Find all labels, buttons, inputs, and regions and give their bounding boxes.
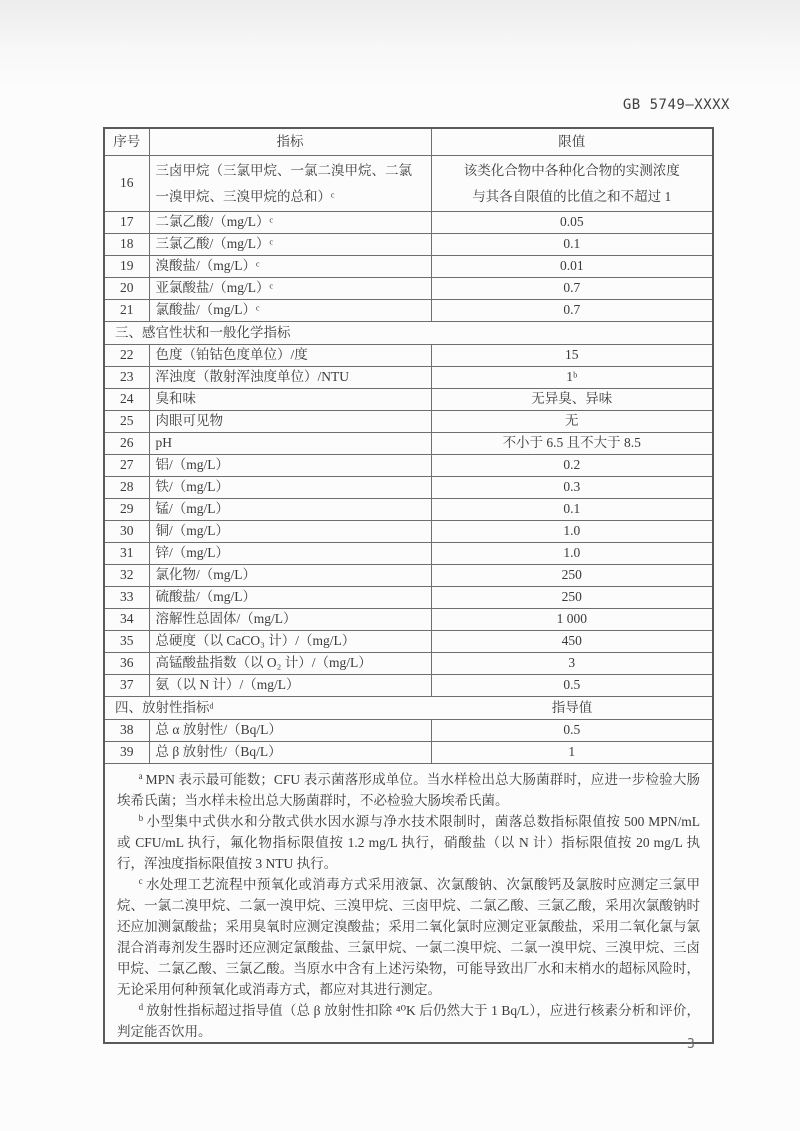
- limit-cell: 0.3: [431, 477, 713, 499]
- limit-cell: 1ᵇ: [431, 367, 713, 389]
- row-number-cell: 27: [104, 455, 149, 477]
- section-title: 四、放射性指标ᵈ: [115, 700, 214, 715]
- table-row: 20 亚氯酸盐/（mg/L）ᶜ 0.7: [104, 278, 713, 300]
- table-row: 24 臭和味 无异臭、异味: [104, 389, 713, 411]
- footnotes-cell: aMPN 表示最可能数；CFU 表示菌落形成单位。当水样检出总大肠菌群时，应进一…: [104, 764, 713, 1044]
- page-number: 3: [687, 1037, 695, 1052]
- limit-cell: 0.2: [431, 455, 713, 477]
- indicator-cell: 硫酸盐/（mg/L）: [149, 587, 431, 609]
- row-number-cell: 29: [104, 499, 149, 521]
- scanned-document-page: GB 5749—XXXX 序号 指标 限值 16 三卤甲烷（三氯甲烷、一氯二溴甲…: [0, 0, 800, 1131]
- table-row: 22 色度（铂钴色度单位）/度 15: [104, 345, 713, 367]
- indicator-cell: 浑浊度（散射浑浊度单位）/NTU: [149, 367, 431, 389]
- table-row: 37 氨（以 N 计）/（mg/L） 0.5: [104, 675, 713, 697]
- indicator-cell: 氯化物/（mg/L）: [149, 565, 431, 587]
- row-number-cell: 26: [104, 433, 149, 455]
- table-row: 32 氯化物/（mg/L） 250: [104, 565, 713, 587]
- indicator-cell: 三氯乙酸/（mg/L）ᶜ: [149, 234, 431, 256]
- row-number-cell: 36: [104, 653, 149, 675]
- indicator-cell: 总 β 放射性/（Bq/L）: [149, 742, 431, 764]
- row-number-cell: 33: [104, 587, 149, 609]
- col-header-no: 序号: [104, 128, 149, 156]
- standard-number: GB 5749—XXXX: [623, 97, 730, 113]
- limit-cell: 0.5: [431, 675, 713, 697]
- limit-cell: 1.0: [431, 543, 713, 565]
- footnotes-row: aMPN 表示最可能数；CFU 表示菌落形成单位。当水样检出总大肠菌群时，应进一…: [104, 764, 713, 1044]
- table-row: 21 氯酸盐/（mg/L）ᶜ 0.7: [104, 300, 713, 322]
- limit-cell: 1.0: [431, 521, 713, 543]
- indicator-cell: pH: [149, 433, 431, 455]
- row-number-cell: 30: [104, 521, 149, 543]
- indicator-cell: 锰/（mg/L）: [149, 499, 431, 521]
- footnote-d: d放射性指标超过指导值（总 β 放射性扣除 ⁴⁰K 后仍然大于 1 Bq/L），…: [117, 1000, 700, 1042]
- row-number-cell: 16: [104, 156, 149, 212]
- footnote-mark: d: [139, 1002, 144, 1012]
- limit-cell: 1 000: [431, 609, 713, 631]
- row-number-cell: 17: [104, 212, 149, 234]
- limit-cell: 0.01: [431, 256, 713, 278]
- indicator-cell: 高锰酸盐指数（以 O₂ 计）/（mg/L）: [149, 653, 431, 675]
- row-number-cell: 24: [104, 389, 149, 411]
- row-number-cell: 35: [104, 631, 149, 653]
- limit-cell: 0.05: [431, 212, 713, 234]
- indicator-cell: 氨（以 N 计）/（mg/L）: [149, 675, 431, 697]
- section-header-radioactivity: 四、放射性指标ᵈ 指导值: [104, 697, 713, 720]
- table-row: 38 总 α 放射性/（Bq/L） 0.5: [104, 720, 713, 742]
- row-number-cell: 19: [104, 256, 149, 278]
- limit-cell: 250: [431, 587, 713, 609]
- footnote-b: b小型集中式供水和分散式供水因水源与净水技术限制时，菌落总数指标限值按 500 …: [117, 811, 700, 874]
- limit-cell: 无异臭、异味: [431, 389, 713, 411]
- indicator-cell: 铝/（mg/L）: [149, 455, 431, 477]
- limit-cell: 0.7: [431, 278, 713, 300]
- row-number-cell: 20: [104, 278, 149, 300]
- limit-cell: 450: [431, 631, 713, 653]
- row-number-cell: 38: [104, 720, 149, 742]
- guidance-value-label: 指导值: [432, 697, 712, 719]
- table-row: 23 浑浊度（散射浑浊度单位）/NTU 1ᵇ: [104, 367, 713, 389]
- footnote-a: aMPN 表示最可能数；CFU 表示菌落形成单位。当水样检出总大肠菌群时，应进一…: [117, 769, 700, 811]
- indicator-cell: 亚氯酸盐/（mg/L）ᶜ: [149, 278, 431, 300]
- table-row: 17 二氯乙酸/（mg/L）ᶜ 0.05: [104, 212, 713, 234]
- col-header-indicator: 指标: [149, 128, 431, 156]
- limit-line: 与其各自限值的比值之和不超过 1: [438, 184, 707, 210]
- table-row: 36 高锰酸盐指数（以 O₂ 计）/（mg/L） 3: [104, 653, 713, 675]
- table-row: 35 总硬度（以 CaCO₃ 计）/（mg/L） 450: [104, 631, 713, 653]
- table-row: 31 锌/（mg/L） 1.0: [104, 543, 713, 565]
- section-title-cell: 三、感官性状和一般化学指标: [104, 322, 713, 345]
- limit-cell: 0.1: [431, 234, 713, 256]
- limit-cell: 3: [431, 653, 713, 675]
- section-header-sensory: 三、感官性状和一般化学指标: [104, 322, 713, 345]
- indicator-cell: 色度（铂钴色度单位）/度: [149, 345, 431, 367]
- footnote-mark: c: [139, 876, 143, 886]
- table-row: 19 溴酸盐/（mg/L）ᶜ 0.01: [104, 256, 713, 278]
- indicator-cell: 总硬度（以 CaCO₃ 计）/（mg/L）: [149, 631, 431, 653]
- table-row: 34 溶解性总固体/（mg/L） 1 000: [104, 609, 713, 631]
- indicator-cell: 锌/（mg/L）: [149, 543, 431, 565]
- table-row: 39 总 β 放射性/（Bq/L） 1: [104, 742, 713, 764]
- limit-cell: 0.1: [431, 499, 713, 521]
- limit-cell: 0.7: [431, 300, 713, 322]
- table-row: 29 锰/（mg/L） 0.1: [104, 499, 713, 521]
- limit-cell: 250: [431, 565, 713, 587]
- row-number-cell: 25: [104, 411, 149, 433]
- row-number-cell: 39: [104, 742, 149, 764]
- indicator-cell: 铁/（mg/L）: [149, 477, 431, 499]
- row-number-cell: 37: [104, 675, 149, 697]
- table-row: 25 肉眼可见物 无: [104, 411, 713, 433]
- table-row: 16 三卤甲烷（三氯甲烷、一氯二溴甲烷、二氯一溴甲烷、三溴甲烷的总和）ᶜ 该类化…: [104, 156, 713, 212]
- footnote-text: MPN 表示最可能数；CFU 表示菌落形成单位。当水样检出总大肠菌群时，应进一步…: [117, 772, 700, 808]
- limit-cell: 该类化合物中各种化合物的实测浓度 与其各自限值的比值之和不超过 1: [431, 156, 713, 212]
- limit-line: 该类化合物中各种化合物的实测浓度: [438, 158, 707, 184]
- indicator-cell: 氯酸盐/（mg/L）ᶜ: [149, 300, 431, 322]
- limit-cell: 1: [431, 742, 713, 764]
- row-number-cell: 18: [104, 234, 149, 256]
- indicator-cell: 三卤甲烷（三氯甲烷、一氯二溴甲烷、二氯一溴甲烷、三溴甲烷的总和）ᶜ: [149, 156, 431, 212]
- indicator-cell: 臭和味: [149, 389, 431, 411]
- table-row: 30 铜/（mg/L） 1.0: [104, 521, 713, 543]
- section-title-cell: 四、放射性指标ᵈ 指导值: [104, 697, 713, 720]
- footnote-c: c水处理工艺流程中预氧化或消毒方式采用液氯、次氯酸钠、次氯酸钙及氯胺时应测定三氯…: [117, 874, 700, 1000]
- table-row: 26 pH 不小于 6.5 且不大于 8.5: [104, 433, 713, 455]
- indicator-cell: 二氯乙酸/（mg/L）ᶜ: [149, 212, 431, 234]
- indicator-cell: 总 α 放射性/（Bq/L）: [149, 720, 431, 742]
- limit-cell: 15: [431, 345, 713, 367]
- indicator-cell: 溶解性总固体/（mg/L）: [149, 609, 431, 631]
- col-header-limit: 限值: [431, 128, 713, 156]
- table-row: 28 铁/（mg/L） 0.3: [104, 477, 713, 499]
- row-number-cell: 23: [104, 367, 149, 389]
- limit-cell: 不小于 6.5 且不大于 8.5: [431, 433, 713, 455]
- footnote-text: 水处理工艺流程中预氧化或消毒方式采用液氯、次氯酸钠、次氯酸钙及氯胺时应测定三氯甲…: [117, 877, 700, 997]
- table-header-row: 序号 指标 限值: [104, 128, 713, 156]
- row-number-cell: 21: [104, 300, 149, 322]
- limit-cell: 无: [431, 411, 713, 433]
- indicator-cell: 铜/（mg/L）: [149, 521, 431, 543]
- indicator-cell: 肉眼可见物: [149, 411, 431, 433]
- table-row: 27 铝/（mg/L） 0.2: [104, 455, 713, 477]
- table-row: 33 硫酸盐/（mg/L） 250: [104, 587, 713, 609]
- footnote-text: 小型集中式供水和分散式供水因水源与净水技术限制时，菌落总数指标限值按 500 M…: [117, 814, 700, 871]
- row-number-cell: 22: [104, 345, 149, 367]
- row-number-cell: 28: [104, 477, 149, 499]
- indicator-cell: 溴酸盐/（mg/L）ᶜ: [149, 256, 431, 278]
- footnote-text: 放射性指标超过指导值（总 β 放射性扣除 ⁴⁰K 后仍然大于 1 Bq/L），应…: [117, 1003, 700, 1039]
- row-number-cell: 32: [104, 565, 149, 587]
- row-number-cell: 31: [104, 543, 149, 565]
- water-quality-limits-table: 序号 指标 限值 16 三卤甲烷（三氯甲烷、一氯二溴甲烷、二氯一溴甲烷、三溴甲烷…: [103, 127, 714, 1044]
- row-number-cell: 34: [104, 609, 149, 631]
- footnote-mark: b: [139, 813, 144, 823]
- table-row: 18 三氯乙酸/（mg/L）ᶜ 0.1: [104, 234, 713, 256]
- footnote-mark: a: [139, 771, 143, 781]
- limit-cell: 0.5: [431, 720, 713, 742]
